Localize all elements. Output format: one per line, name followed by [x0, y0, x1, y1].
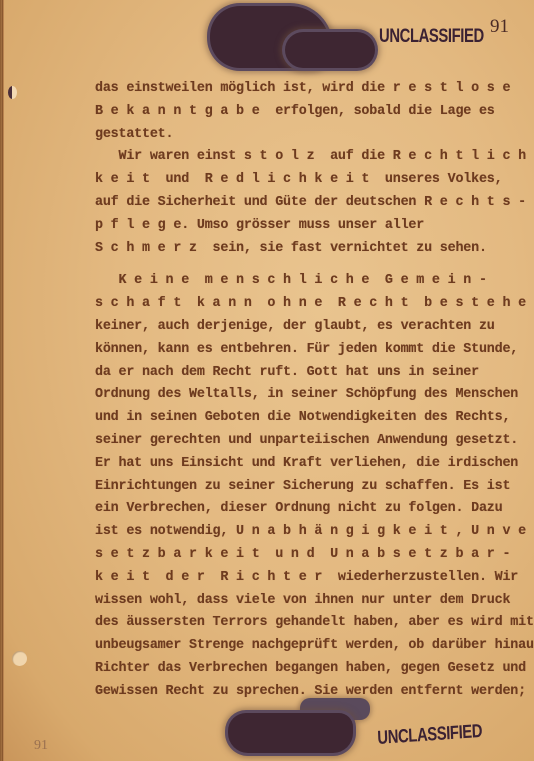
punch-hole-bottom — [12, 651, 27, 666]
text-line: s e t z b a r k e i t u n d U n a b s e … — [95, 544, 525, 567]
text-line: Wir waren einst s t o l z auf die R e c … — [95, 146, 525, 169]
text-line: auf die Sicherheit und Güte der deutsche… — [95, 192, 525, 215]
text-line: keiner, auch derjenige, der glaubt, es v… — [95, 316, 525, 339]
text-line: ein Verbrechen, dieser Ordnung nicht zu … — [95, 498, 525, 521]
page-number-top: 91 — [490, 16, 509, 38]
text-line: das einstweilen möglich ist, wird die r … — [95, 78, 525, 101]
text-line: des äussersten Terrors gehandelt haben, … — [95, 612, 525, 635]
paragraph-1: das einstweilen möglich ist, wird die r … — [95, 78, 525, 146]
text-line: gestattet. — [95, 124, 525, 147]
text-line: Richter das Verbrechen begangen haben, g… — [95, 658, 525, 681]
text-line: k e i t und R e d l i c h k e i t unsere… — [95, 169, 525, 192]
text-line: unbeugsamer Strenge nachgeprüft werden, … — [95, 635, 525, 658]
paragraph-2: Wir waren einst s t o l z auf die R e c … — [95, 146, 525, 260]
text-line: ist es notwendig, U n a b h ä n g i g k … — [95, 521, 525, 544]
page-edge-line — [2, 0, 3, 761]
document-page: UNCLASSIFIED 91 das einstweilen möglich … — [0, 0, 534, 761]
text-line: Ordnung des Weltalls, in seiner Schöpfun… — [95, 384, 525, 407]
document-body: das einstweilen möglich ist, wird die r … — [95, 78, 525, 704]
classification-stamp-top: UNCLASSIFIED — [379, 26, 484, 48]
text-line: seiner gerechten und unparteiischen Anwe… — [95, 430, 525, 453]
text-line: k e i t d e r R i c h t e r wiederherzus… — [95, 567, 525, 590]
text-line: K e i n e m e n s c h l i c h e G e m e … — [95, 270, 525, 293]
punch-hole-top — [8, 86, 17, 99]
text-line: p f l e g e. Umso grösser muss unser all… — [95, 215, 525, 238]
classification-stamp-bottom: UNCLASSIFIED — [377, 721, 483, 750]
redaction-blot-bottom — [228, 713, 353, 753]
text-line: S c h m e r z sein, sie fast vernichtet … — [95, 238, 525, 261]
redaction-blot-top-extension — [285, 32, 375, 68]
paragraph-3: K e i n e m e n s c h l i c h e G e m e … — [95, 270, 525, 703]
text-line: B e k a n n t g a b e erfolgen, sobald d… — [95, 101, 525, 124]
text-line: können, kann es entbehren. Für jeden kom… — [95, 339, 525, 362]
page-number-bottom: 91 — [34, 738, 48, 754]
text-line: und in seinen Geboten die Notwendigkeite… — [95, 407, 525, 430]
text-line: da er nach dem Recht ruft. Gott hat uns … — [95, 362, 525, 385]
text-line: wissen wohl, dass viele von ihnen nur un… — [95, 590, 525, 613]
text-line: Einrichtungen zu seiner Sicherung zu sch… — [95, 476, 525, 499]
text-line: Er hat uns Einsicht und Kraft verliehen,… — [95, 453, 525, 476]
paragraph-spacer — [95, 260, 525, 270]
text-line: s c h a f t k a n n o h n e R e c h t b … — [95, 293, 525, 316]
